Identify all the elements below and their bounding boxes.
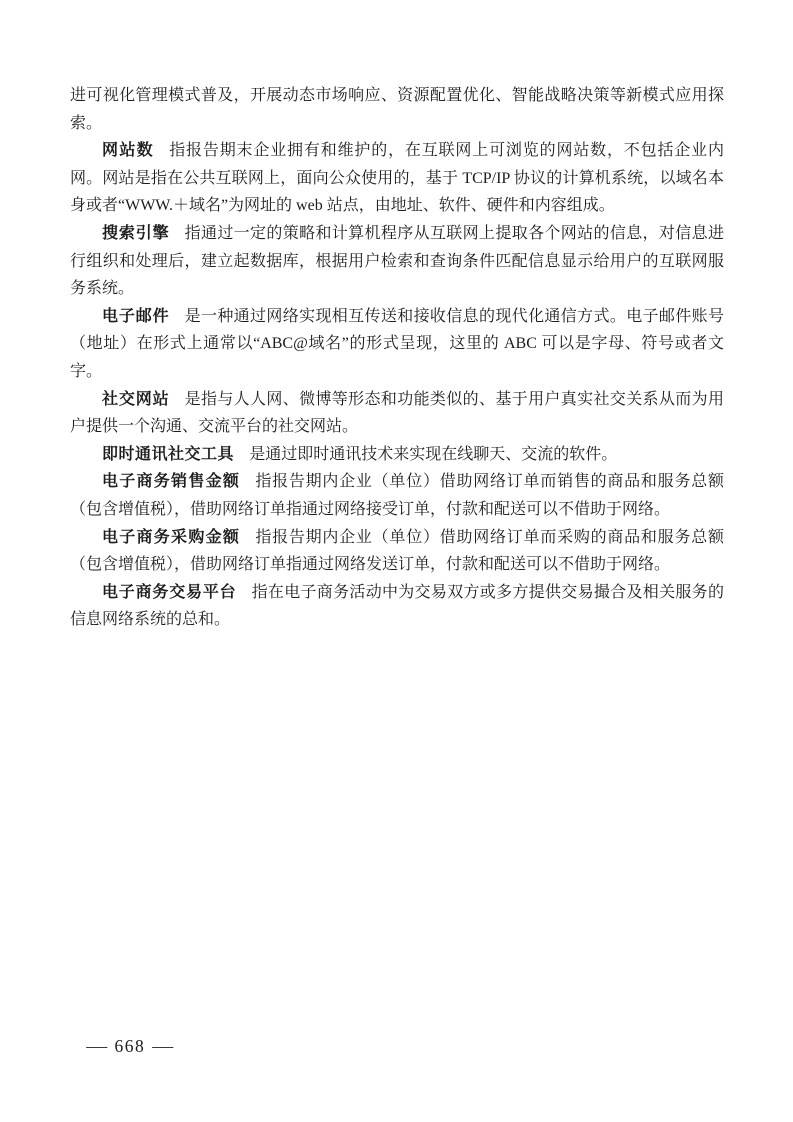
term-definition: 指报告期末企业拥有和维护的，在互联网上可浏览的网站数，不包括企业内网。网站是指在… — [70, 142, 724, 214]
term-label: 搜索引擎 — [102, 225, 169, 242]
footer-dash-right: — — [153, 1034, 174, 1058]
term-label: 电子商务交易平台 — [102, 584, 236, 601]
definitions-list: 网站数指报告期末企业拥有和维护的，在互联网上可浏览的网站数，不包括企业内网。网站… — [70, 137, 724, 634]
definition-paragraph: 电子商务采购金额指报告期内企业（单位）借助网络订单而采购的商品和服务总额（包含增… — [70, 524, 724, 579]
term-label: 电子邮件 — [102, 308, 169, 325]
term-label: 社交网站 — [102, 391, 169, 408]
definition-paragraph: 电子邮件是一种通过网络实现相互传送和接收信息的现代化通信方式。电子邮件账号（地址… — [70, 303, 724, 386]
definition-paragraph: 社交网站是指与人人网、微博等形态和功能类似的、基于用户真实社交关系从而为用户提供… — [70, 386, 724, 441]
page-footer: — 668 — — [88, 1034, 172, 1058]
footer-dash-left: — — [86, 1034, 107, 1058]
term-definition: 是通过即时通讯技术来实现在线聊天、交流的软件。 — [249, 446, 617, 463]
continuation-paragraph: 进可视化管理模式普及，开展动态市场响应、资源配置优化、智能战略决策等新模式应用探… — [70, 82, 724, 137]
definition-paragraph: 网站数指报告期末企业拥有和维护的，在互联网上可浏览的网站数，不包括企业内网。网站… — [70, 137, 724, 220]
term-label: 网站数 — [102, 142, 154, 159]
definition-paragraph: 搜索引擎指通过一定的策略和计算机程序从互联网上提取各个网站的信息，对信息进行组织… — [70, 220, 724, 303]
page-content: 进可视化管理模式普及，开展动态市场响应、资源配置优化、智能战略决策等新模式应用探… — [70, 82, 724, 634]
page-number: 668 — [115, 1034, 146, 1058]
definition-paragraph: 电子商务交易平台指在电子商务活动中为交易双方或多方提供交易撮合及相关服务的信息网… — [70, 579, 724, 634]
document-page: 进可视化管理模式普及，开展动态市场响应、资源配置优化、智能战略决策等新模式应用探… — [0, 0, 793, 1122]
term-label: 即时通讯社交工具 — [102, 446, 234, 463]
definition-paragraph: 即时通讯社交工具是通过即时通讯技术来实现在线聊天、交流的软件。 — [70, 441, 724, 469]
term-label: 电子商务销售金额 — [102, 473, 240, 490]
definition-paragraph: 电子商务销售金额指报告期内企业（单位）借助网络订单而销售的商品和服务总额（包含增… — [70, 468, 724, 523]
term-label: 电子商务采购金额 — [102, 529, 240, 546]
